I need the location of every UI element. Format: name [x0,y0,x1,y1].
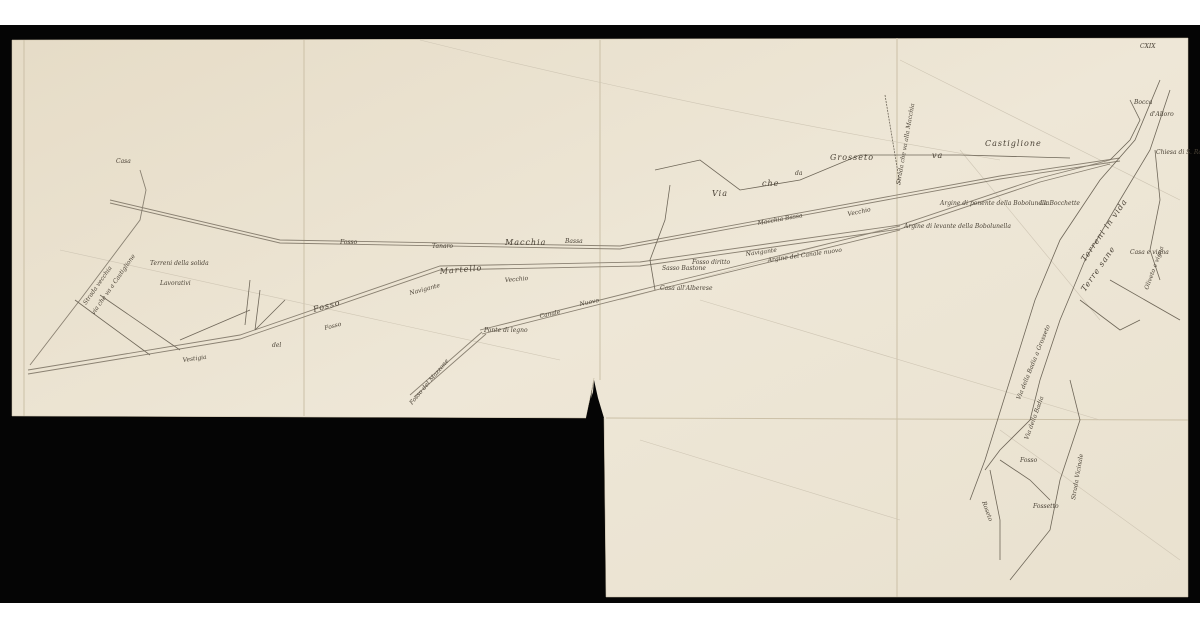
label-bocca: Bocca [1133,99,1153,106]
label-castiglione: Castiglione [985,139,1042,148]
label-alloro: d'Alloro [1150,111,1174,118]
label-casa: Casa [116,158,131,165]
label-va: va [932,151,943,160]
manuscript-map: CXIX Casa Strada vecchia via che va a Ca… [0,0,1200,628]
label-fosso-diritto: Fosso diritto [691,259,730,266]
label-fossetto: Fossetto [1032,503,1059,510]
label-fosso-lower: Fosso [1019,457,1038,464]
label-grosseto: Grosseto [830,153,874,162]
label-ponte: Ponte di legno [483,327,528,334]
label-bassa: Bassa [564,238,583,245]
label-che: che [762,179,779,188]
label-da: da [795,170,803,177]
label-fosso-1: Fosso [339,239,358,246]
label-del: del [272,342,281,349]
label-macchia: Macchia [504,238,546,247]
label-le-bocchette: Le Bocchette [1039,200,1080,207]
label-terreni: Terreni della solida [150,260,209,267]
catalog-mark: CXIX [1140,43,1156,50]
label-casa-alberese: Casa all'Alberese [660,285,713,292]
label-via: Via [712,189,728,198]
label-argine-ponente: Argine di ponente della Bobolunella [939,200,1050,207]
label-lavorativi: Lavorativi [159,280,191,287]
label-tanaro: Tanaro [432,243,453,250]
label-argine-levante: Argine di levante della Bobolunella [903,223,1011,230]
label-sasso-bastone: Sasso Bastone [662,265,706,272]
label-chiesa: Chiesa di S. Rocco [1156,149,1200,156]
